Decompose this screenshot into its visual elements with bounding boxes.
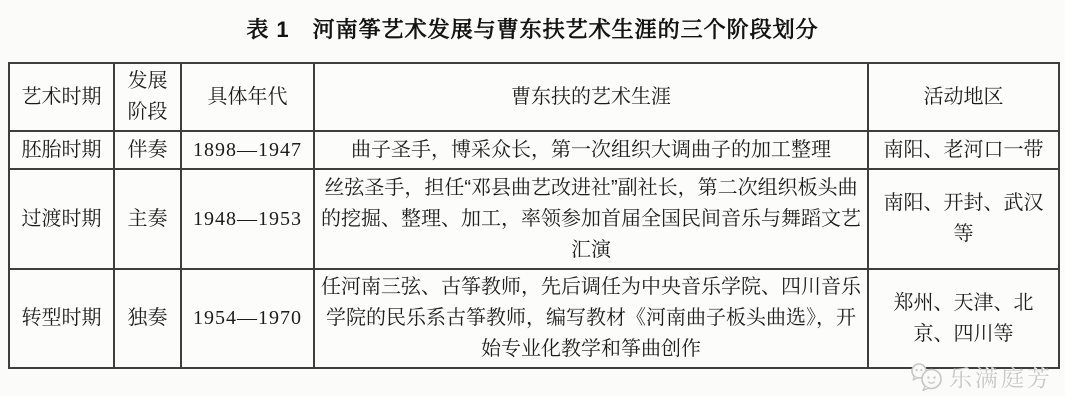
cell-region: 南阳、老河口一带 <box>868 131 1059 169</box>
table-caption: 表 1 河南筝艺术发展与曹东扶艺术生涯的三个阶段划分 <box>0 0 1065 44</box>
cell-period: 过渡时期 <box>9 169 114 269</box>
cell-period: 胚胎时期 <box>9 131 114 169</box>
table-row-embryonic: 胚胎时期 伴奏 1898—1947 曲子圣手，博采众长，第一次组织大调曲子的加工… <box>9 131 1059 169</box>
cell-stage: 独奏 <box>114 269 181 368</box>
cell-career: 曲子圣手，博采众长，第一次组织大调曲子的加工整理 <box>314 131 868 169</box>
table-header-row: 艺术时期 发展阶段 具体年代 曹东扶的艺术生涯 活动地区 <box>9 63 1059 131</box>
col-header-art-period: 艺术时期 <box>9 63 114 131</box>
table-row-transformational: 转型时期 独奏 1954—1970 任河南三弦、古筝教师，先后调任为中央音乐学院… <box>9 269 1059 368</box>
cell-years: 1948—1953 <box>181 169 314 269</box>
col-header-years: 具体年代 <box>181 63 314 131</box>
cell-region: 南阳、开封、武汉等 <box>868 169 1059 269</box>
col-header-region: 活动地区 <box>868 63 1059 131</box>
cell-years: 1898—1947 <box>181 131 314 169</box>
stages-table: 艺术时期 发展阶段 具体年代 曹东扶的艺术生涯 活动地区 胚胎时期 伴奏 189… <box>8 62 1060 369</box>
cell-career: 任河南三弦、古筝教师，先后调任为中央音乐学院、四川音乐学院的民乐系古筝教师，编写… <box>314 269 868 368</box>
col-header-dev-stage: 发展阶段 <box>114 63 181 131</box>
document-page: 表 1 河南筝艺术发展与曹东扶艺术生涯的三个阶段划分 艺术时期 发展阶段 具体年… <box>0 0 1065 396</box>
cell-career: 丝弦圣手，担任“邓县曲艺改进社”副社长，第二次组织板头曲的挖掘、整理、加工，率领… <box>314 169 868 269</box>
watermark: 乐满庭芳 <box>909 360 1053 393</box>
cell-years: 1954—1970 <box>181 269 314 368</box>
cell-region: 郑州、天津、北京、四川等 <box>868 269 1059 368</box>
cell-period: 转型时期 <box>9 269 114 368</box>
watermark-text: 乐满庭芳 <box>949 360 1053 393</box>
table-row-transitional: 过渡时期 主奏 1948—1953 丝弦圣手，担任“邓县曲艺改进社”副社长，第二… <box>9 169 1059 269</box>
cell-stage: 伴奏 <box>114 131 181 169</box>
chat-bubbles-icon <box>909 362 945 392</box>
cell-stage: 主奏 <box>114 169 181 269</box>
col-header-career: 曹东扶的艺术生涯 <box>314 63 868 131</box>
